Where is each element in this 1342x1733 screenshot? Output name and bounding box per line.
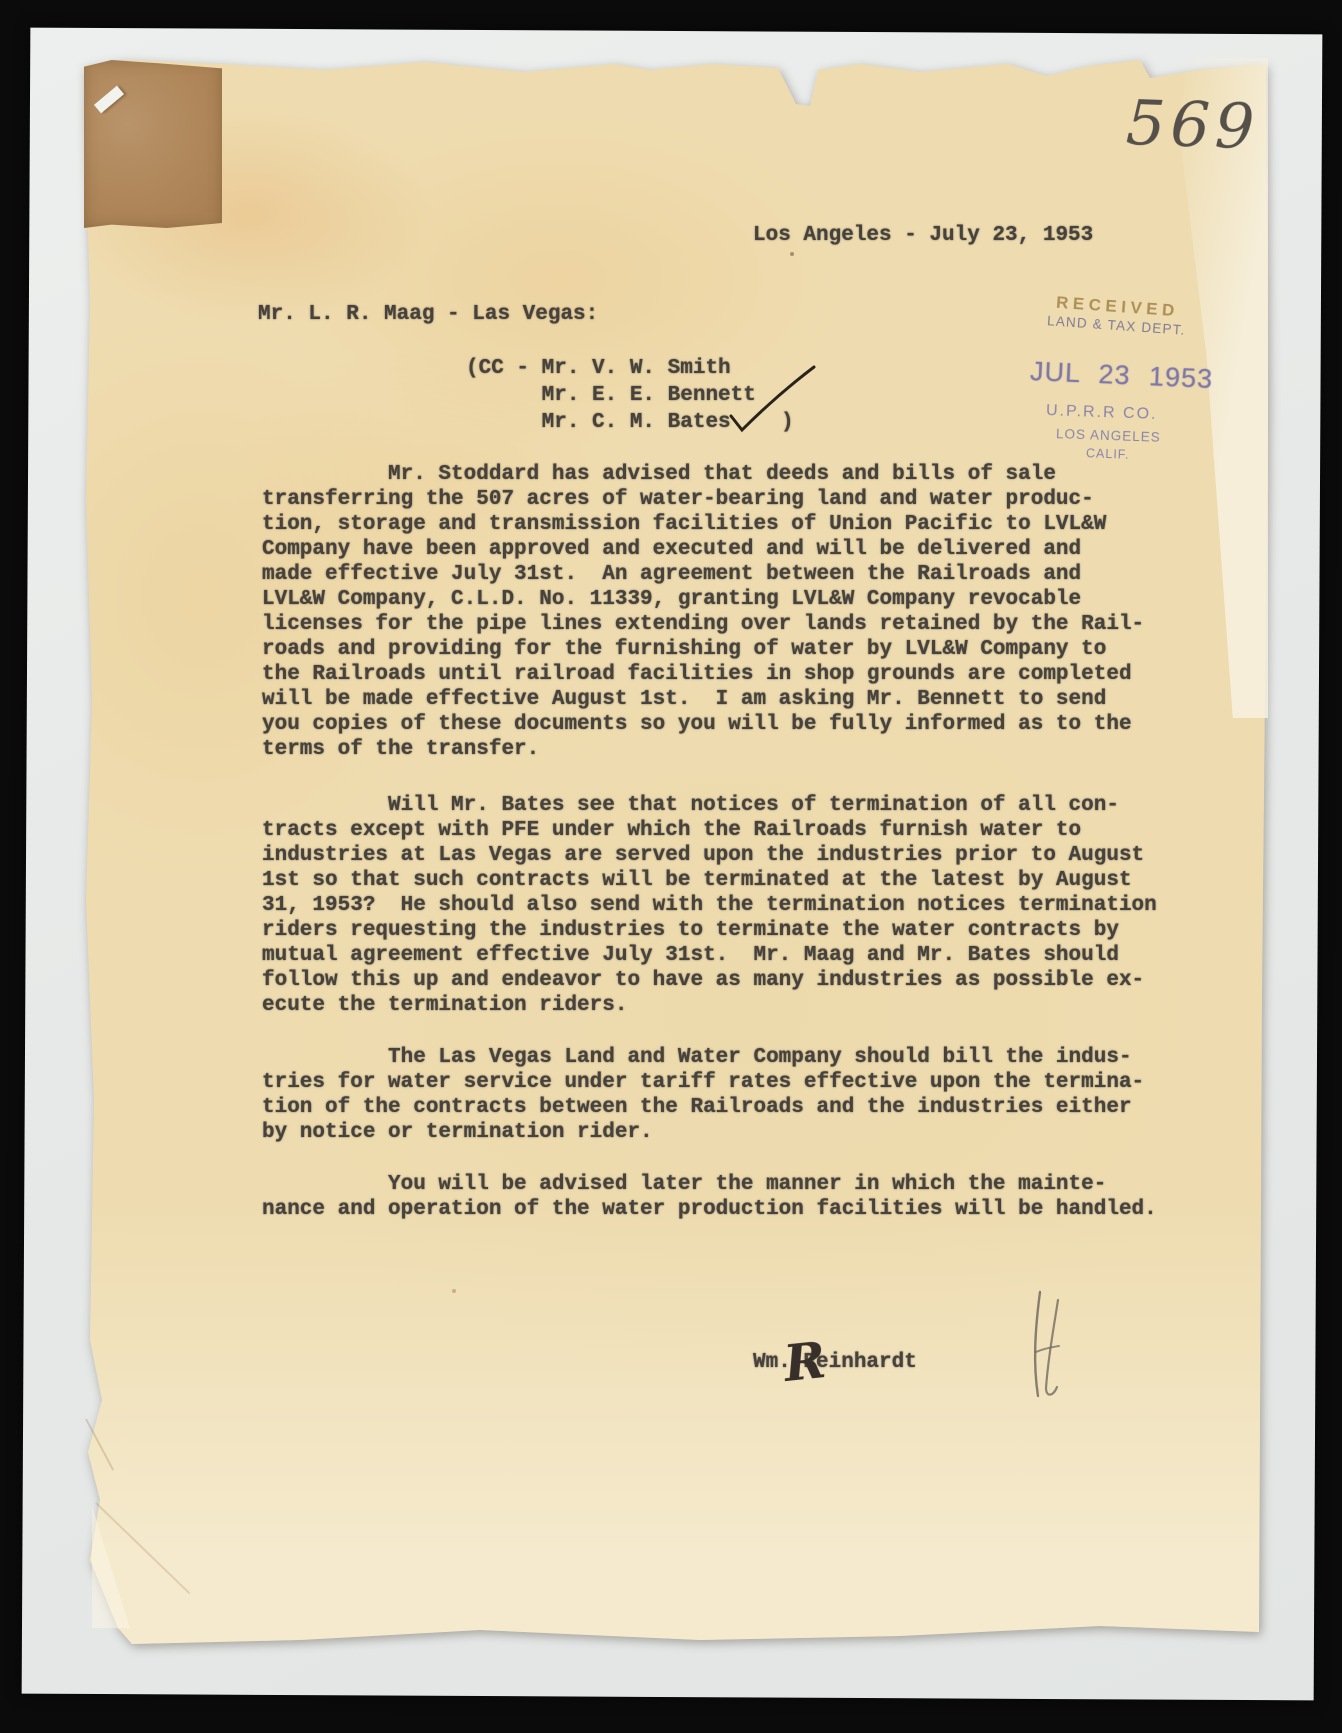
paragraph-1: Mr. Stoddard has advised that deeds and … (262, 462, 1144, 762)
scanned-letter-page: Los Angeles - July 23, 1953 Mr. L. R. Ma… (0, 0, 1342, 1733)
paragraph-4: You will be advised later the manner in … (262, 1172, 1157, 1222)
typed-signature: Wm. Reinhardt (753, 1350, 917, 1375)
dateline: Los Angeles - July 23, 1953 (753, 223, 1093, 248)
paragraph-2: Will Mr. Bates see that notices of termi… (262, 793, 1157, 1018)
ink-speck (790, 252, 794, 256)
tape-patch (84, 60, 222, 228)
stamp-company: U.P.R.R CO. (1046, 402, 1158, 424)
addressee-line: Mr. L. R. Maag - Las Vegas: (258, 302, 598, 327)
paragraph-3: The Las Vegas Land and Water Company sho… (262, 1045, 1144, 1145)
pencil-catalog-number: 569 (1125, 86, 1261, 164)
cc-block: (CC - Mr. V. W. Smith Mr. E. E. Bennett … (466, 355, 794, 436)
paper-speck (452, 1289, 456, 1293)
handwritten-initial-R: R (781, 1330, 829, 1393)
stamp-state: CALIF. (1086, 446, 1130, 462)
